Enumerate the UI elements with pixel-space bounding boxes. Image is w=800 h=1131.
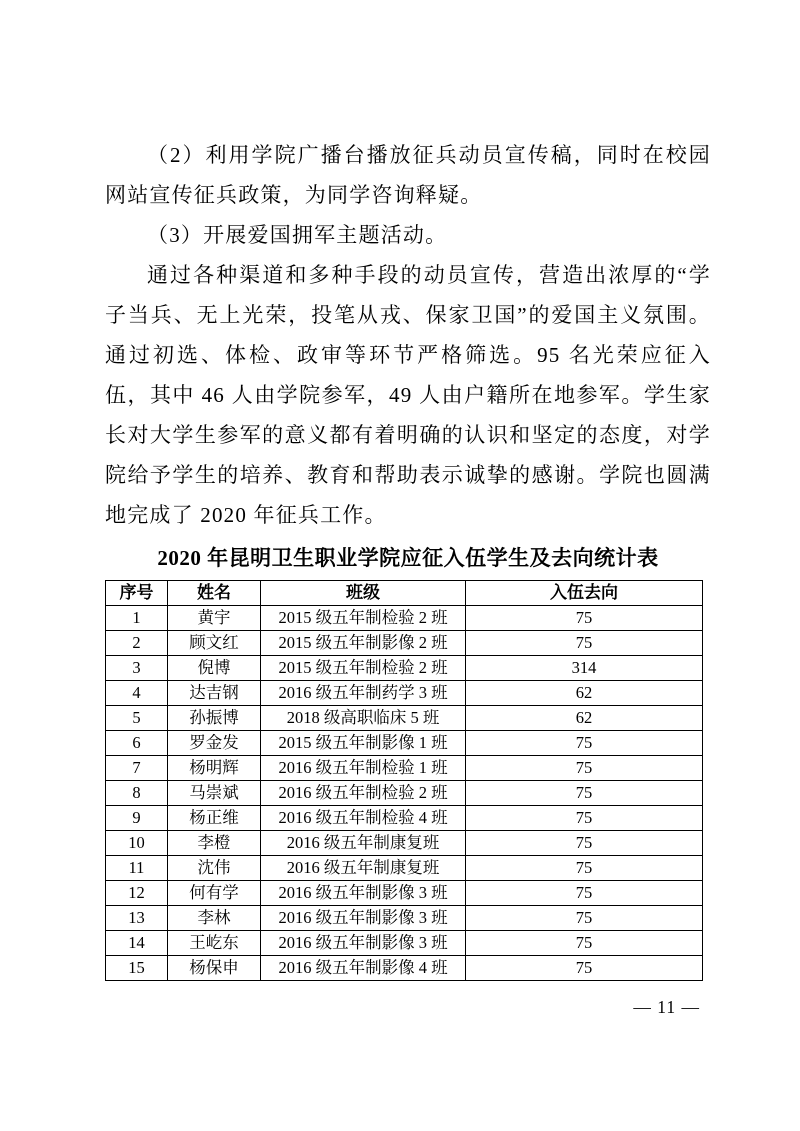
table-row: 7杨明辉2016 级五年制检验 1 班75 — [106, 756, 703, 781]
table-header-row: 序号 姓名 班级 入伍去向 — [106, 581, 703, 606]
cell-seq-no: 8 — [106, 781, 168, 806]
cell-class: 2015 级五年制影像 1 班 — [261, 731, 466, 756]
cell-name: 倪博 — [168, 656, 261, 681]
cell-class: 2016 级五年制检验 1 班 — [261, 756, 466, 781]
cell-seq-no: 11 — [106, 856, 168, 881]
cell-class: 2016 级五年制药学 3 班 — [261, 681, 466, 706]
cell-name: 杨保申 — [168, 956, 261, 981]
table-row: 10李橙2016 级五年制康复班75 — [106, 831, 703, 856]
cell-name: 王屹东 — [168, 931, 261, 956]
cell-name: 李橙 — [168, 831, 261, 856]
header-class: 班级 — [261, 581, 466, 606]
cell-class: 2016 级五年制影像 3 班 — [261, 931, 466, 956]
cell-class: 2015 级五年制检验 2 班 — [261, 606, 466, 631]
page-number: — 11 — — [633, 997, 700, 1018]
cell-name: 马崇斌 — [168, 781, 261, 806]
cell-name: 沈伟 — [168, 856, 261, 881]
cell-destination: 75 — [466, 856, 703, 881]
cell-seq-no: 3 — [106, 656, 168, 681]
cell-class: 2015 级五年制检验 2 班 — [261, 656, 466, 681]
cell-class: 2016 级五年制康复班 — [261, 831, 466, 856]
cell-destination: 75 — [466, 806, 703, 831]
paragraph-summary: 通过各种渠道和多种手段的动员宣传，营造出浓厚的“学子当兵、无上光荣，投笔从戎、保… — [105, 255, 711, 535]
cell-name: 孙振博 — [168, 706, 261, 731]
table-row: 2顾文红2015 级五年制影像 2 班75 — [106, 631, 703, 656]
cell-destination: 75 — [466, 631, 703, 656]
table-row: 3倪博2015 级五年制检验 2 班314 — [106, 656, 703, 681]
table-row: 1黄宇2015 级五年制检验 2 班75 — [106, 606, 703, 631]
cell-class: 2016 级五年制康复班 — [261, 856, 466, 881]
cell-name: 黄宇 — [168, 606, 261, 631]
cell-destination: 75 — [466, 756, 703, 781]
table-row: 8马崇斌2016 级五年制检验 2 班75 — [106, 781, 703, 806]
cell-seq-no: 12 — [106, 881, 168, 906]
document-content: （2）利用学院广播台播放征兵动员宣传稿，同时在校园网站宣传征兵政策，为同学咨询释… — [105, 135, 711, 981]
cell-seq-no: 14 — [106, 931, 168, 956]
table-row: 9杨正维2016 级五年制检验 4 班75 — [106, 806, 703, 831]
cell-destination: 75 — [466, 831, 703, 856]
table-row: 14王屹东2016 级五年制影像 3 班75 — [106, 931, 703, 956]
paragraph-activity: （3）开展爱国拥军主题活动。 — [105, 215, 711, 255]
cell-class: 2016 级五年制影像 4 班 — [261, 956, 466, 981]
cell-seq-no: 4 — [106, 681, 168, 706]
cell-seq-no: 7 — [106, 756, 168, 781]
paragraph-broadcast: （2）利用学院广播台播放征兵动员宣传稿，同时在校园网站宣传征兵政策，为同学咨询释… — [105, 135, 711, 215]
cell-destination: 75 — [466, 906, 703, 931]
cell-seq-no: 13 — [106, 906, 168, 931]
cell-destination: 62 — [466, 681, 703, 706]
cell-class: 2018 级高职临床 5 班 — [261, 706, 466, 731]
cell-name: 何有学 — [168, 881, 261, 906]
table-row: 4达吉钢2016 级五年制药学 3 班62 — [106, 681, 703, 706]
table-row: 13李林2016 级五年制影像 3 班75 — [106, 906, 703, 931]
cell-destination: 62 — [466, 706, 703, 731]
cell-seq-no: 15 — [106, 956, 168, 981]
cell-class: 2016 级五年制检验 2 班 — [261, 781, 466, 806]
table-row: 12何有学2016 级五年制影像 3 班75 — [106, 881, 703, 906]
cell-destination: 314 — [466, 656, 703, 681]
table-title: 2020 年昆明卫生职业学院应征入伍学生及去向统计表 — [105, 542, 711, 572]
cell-class: 2016 级五年制检验 4 班 — [261, 806, 466, 831]
cell-class: 2015 级五年制影像 2 班 — [261, 631, 466, 656]
cell-name: 罗金发 — [168, 731, 261, 756]
cell-destination: 75 — [466, 881, 703, 906]
cell-name: 杨正维 — [168, 806, 261, 831]
table-row: 11沈伟2016 级五年制康复班75 — [106, 856, 703, 881]
cell-seq-no: 2 — [106, 631, 168, 656]
cell-seq-no: 5 — [106, 706, 168, 731]
cell-destination: 75 — [466, 956, 703, 981]
cell-name: 李林 — [168, 906, 261, 931]
cell-name: 顾文红 — [168, 631, 261, 656]
cell-name: 达吉钢 — [168, 681, 261, 706]
header-name: 姓名 — [168, 581, 261, 606]
cell-class: 2016 级五年制影像 3 班 — [261, 906, 466, 931]
cell-class: 2016 级五年制影像 3 班 — [261, 881, 466, 906]
cell-destination: 75 — [466, 781, 703, 806]
table-row: 15杨保申2016 级五年制影像 4 班75 — [106, 956, 703, 981]
document-page: （2）利用学院广播台播放征兵动员宣传稿，同时在校园网站宣传征兵政策，为同学咨询释… — [0, 0, 800, 1131]
cell-destination: 75 — [466, 931, 703, 956]
cell-destination: 75 — [466, 606, 703, 631]
cell-name: 杨明辉 — [168, 756, 261, 781]
cell-seq-no: 10 — [106, 831, 168, 856]
cell-seq-no: 9 — [106, 806, 168, 831]
table-row: 5孙振博2018 级高职临床 5 班62 — [106, 706, 703, 731]
cell-seq-no: 6 — [106, 731, 168, 756]
header-seq-no: 序号 — [106, 581, 168, 606]
header-destination: 入伍去向 — [466, 581, 703, 606]
table-body: 1黄宇2015 级五年制检验 2 班752顾文红2015 级五年制影像 2 班7… — [106, 606, 703, 981]
cell-destination: 75 — [466, 731, 703, 756]
enlistment-stat-table: 序号 姓名 班级 入伍去向 1黄宇2015 级五年制检验 2 班752顾文红20… — [105, 580, 703, 981]
cell-seq-no: 1 — [106, 606, 168, 631]
table-row: 6罗金发2015 级五年制影像 1 班75 — [106, 731, 703, 756]
